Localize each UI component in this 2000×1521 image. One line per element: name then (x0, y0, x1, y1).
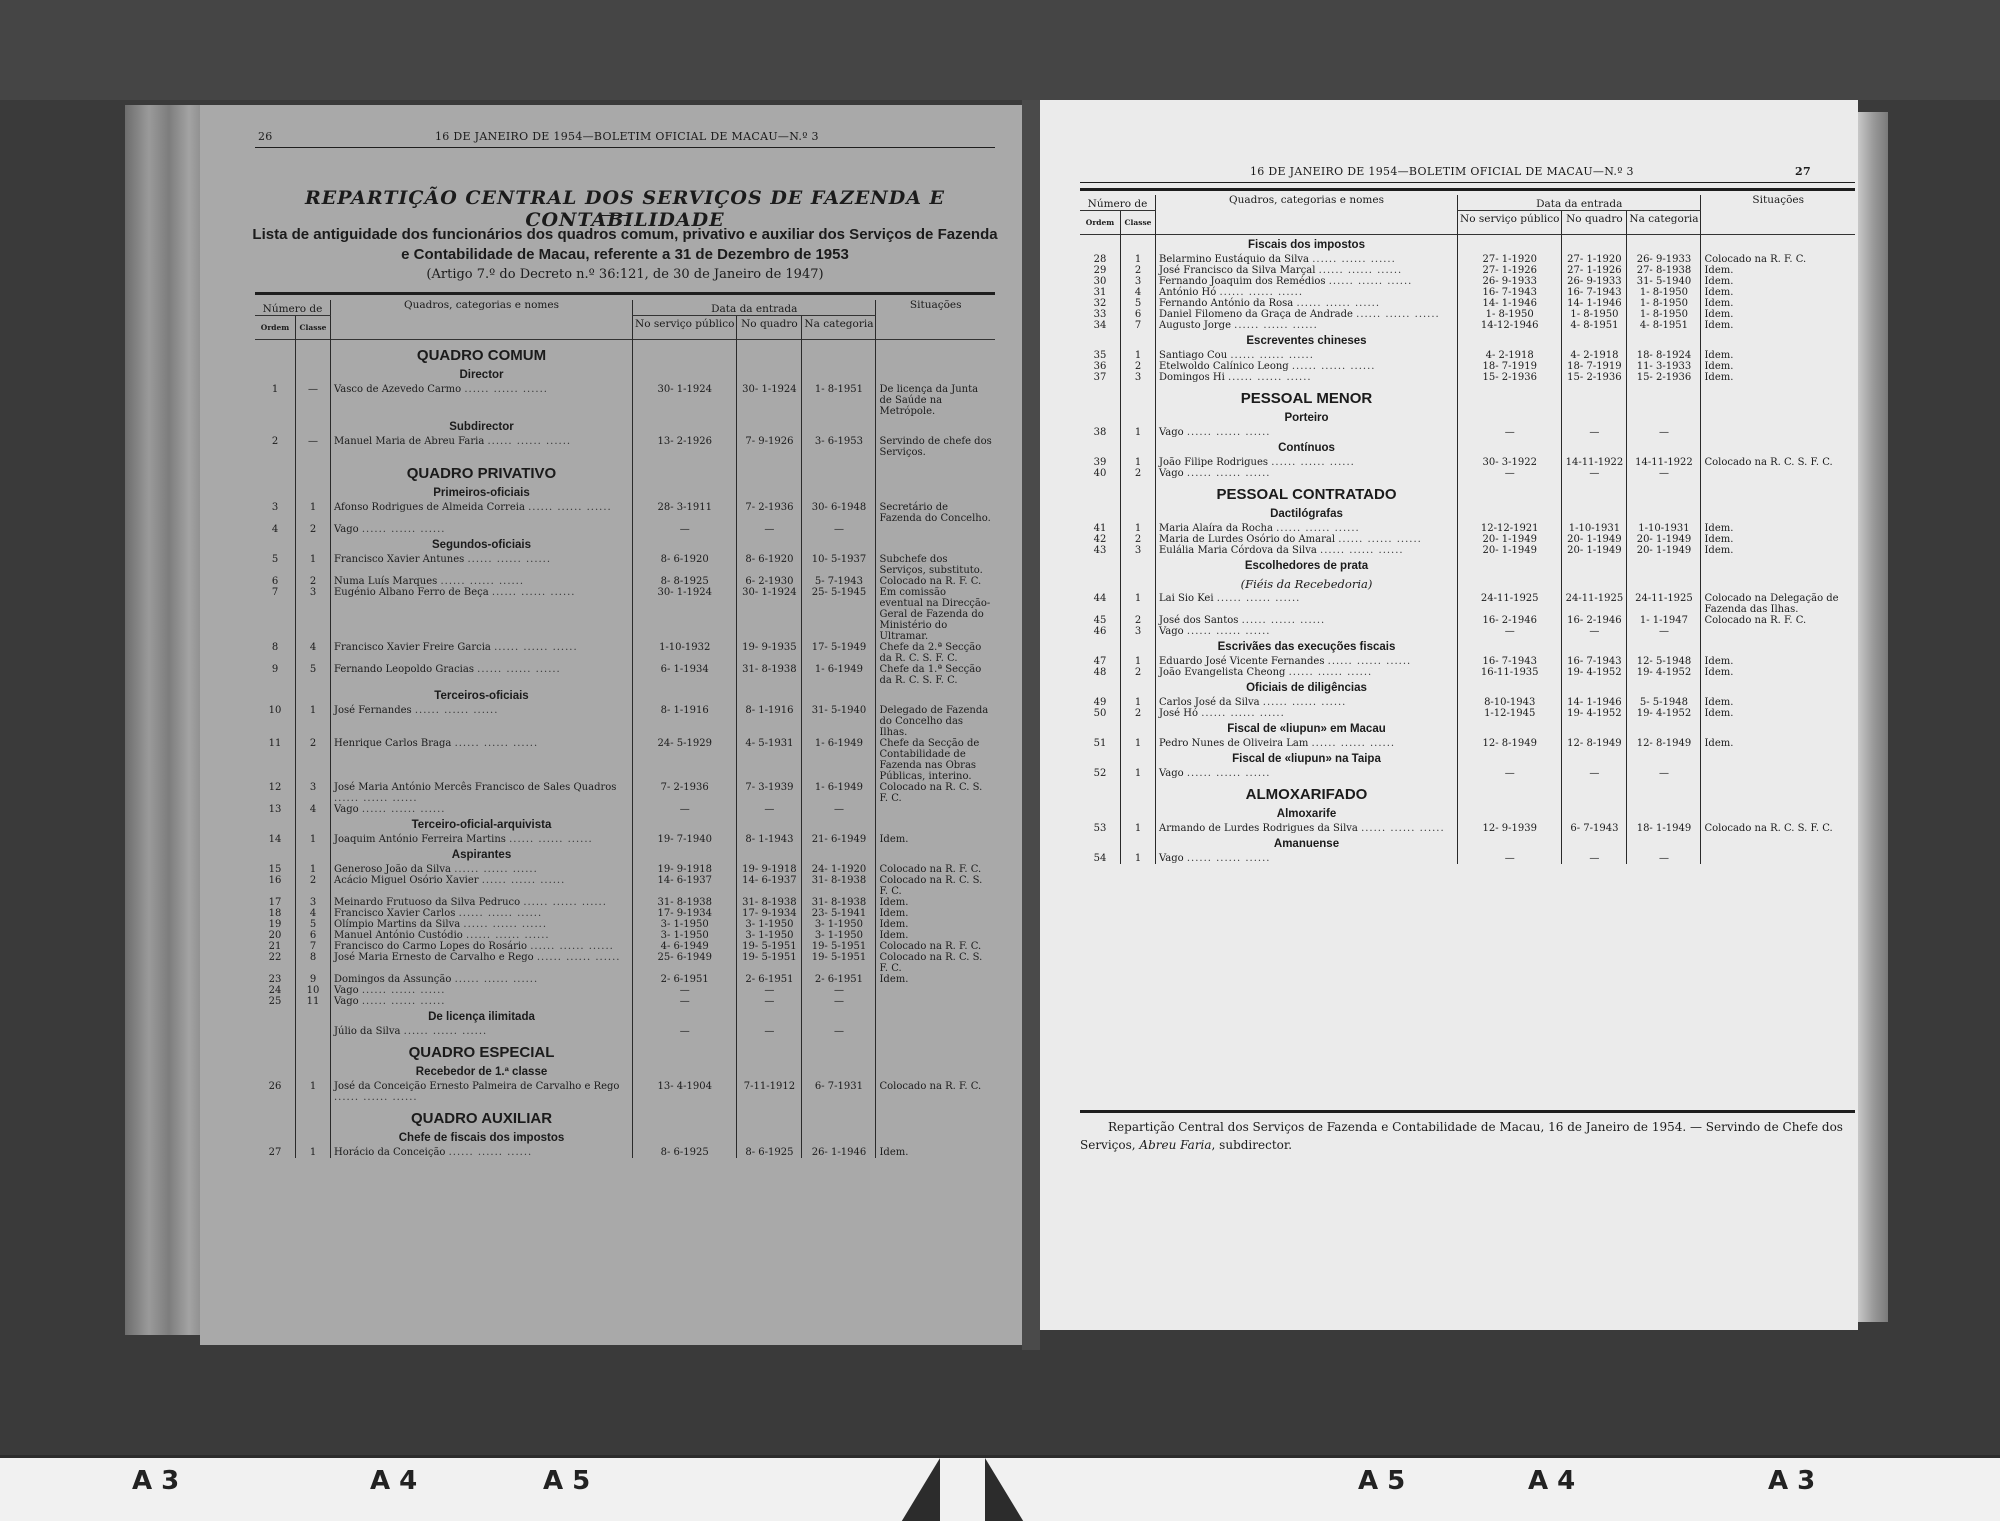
date-quadro-cell: 4- 2-1918 (1562, 350, 1627, 361)
film-alignment-triangle-right (985, 1458, 1025, 1521)
date-categoria-cell: 23- 5-1941 (802, 908, 876, 919)
employee-name: Eduardo José Vicente Fernandes (1159, 656, 1324, 667)
employee-name: Manuel António Custódio (334, 930, 463, 941)
category-heading: PESSOAL MENOR (1156, 383, 1458, 408)
situacao-cell: Idem. (1701, 545, 1855, 556)
situacao-cell: Colocado na R. F. C. (876, 576, 995, 587)
name-cell: José Francisco da Silva Marçal ...... ..… (1156, 265, 1458, 276)
date-servico-cell: 3- 1-1950 (633, 919, 737, 930)
leader-dots: ...... ...... ...... (334, 793, 418, 804)
category-heading: Fiscais dos impostos (1156, 235, 1458, 255)
date-categoria-cell: 1- 6-1949 (802, 664, 876, 686)
date-quadro-cell: 20- 1-1949 (1562, 545, 1627, 556)
date-servico-cell: — (1458, 626, 1562, 637)
category-heading: Subdirector (331, 417, 633, 436)
date-quadro-cell: 16- 2-1946 (1562, 615, 1627, 626)
table-row: 373Domingos Hi ...... ...... ......15- 2… (1080, 372, 1855, 383)
situacao-cell: Em comissão eventual na Direcção-Geral d… (876, 587, 995, 642)
date-categoria-cell: 15- 2-1936 (1627, 372, 1701, 383)
date-categoria-cell: 1- 1-1947 (1627, 615, 1701, 626)
leader-dots: ...... ...... ...... (1271, 457, 1355, 468)
leader-dots: ...... ...... ...... (494, 642, 578, 653)
ordem-cell: 13 (255, 804, 296, 815)
table-row: 521Vago ...... ...... ......——— (1080, 768, 1855, 779)
date-categoria-cell: 4- 8-1951 (1627, 320, 1701, 331)
ordem-cell: 40 (1080, 468, 1121, 479)
table-row: 123José Maria António Mercês Francisco d… (255, 782, 995, 804)
header-ordem: Ordem (255, 316, 296, 340)
name-cell: Vago ...... ...... ...... (331, 804, 633, 815)
leader-dots: ...... ...... ...... (488, 436, 572, 447)
date-servico-cell: 13- 2-1926 (633, 436, 737, 458)
book-page-stack-left (125, 105, 205, 1335)
category-heading: Fiscal de «liupun» em Macau (1156, 719, 1458, 738)
classe-cell: 2 (1121, 534, 1156, 545)
table-row: 134Vago ...... ...... ......——— (255, 804, 995, 815)
situacao-cell (876, 804, 995, 815)
situacao-cell: Colocado na R. F. C. (876, 941, 995, 952)
classe-cell: 2 (1121, 615, 1156, 626)
name-cell: Vago ...... ...... ...... (1156, 626, 1458, 637)
situacao-cell: Colocado na R. C. S. F. C. (1701, 823, 1855, 834)
category-heading-row: Fiscal de «liupun» em Macau (1080, 719, 1855, 738)
table-row: 112Henrique Carlos Braga ...... ...... .… (255, 738, 995, 782)
table-row: 42Vago ...... ...... ......——— (255, 524, 995, 535)
leader-dots: ...... ...... ...... (362, 996, 446, 1007)
ordem-cell: 23 (255, 974, 296, 985)
name-cell: Meinardo Frutuoso da Silva Pedruco .....… (331, 897, 633, 908)
ordem-cell: 34 (1080, 320, 1121, 331)
date-servico-cell: 15- 2-1936 (1458, 372, 1562, 383)
employee-name: Horácio da Conceição (334, 1147, 445, 1158)
name-cell: António Hó ...... ...... ...... (1156, 287, 1458, 298)
ordem-cell: 46 (1080, 626, 1121, 637)
date-quadro-cell: — (737, 524, 802, 535)
date-servico-cell: 25- 6-1949 (633, 952, 737, 974)
name-cell: Lai Sio Kei ...... ...... ...... (1156, 593, 1458, 615)
situacao-cell: Chefe da Secção de Contabilidade de Faze… (876, 738, 995, 782)
section-heading-row: QUADRO AUXILIAR (255, 1103, 995, 1128)
table-row: 1—Vasco de Azevedo Carmo ...... ...... .… (255, 384, 995, 417)
ordem-cell: 11 (255, 738, 296, 782)
classe-cell: 2 (1121, 708, 1156, 719)
page-number-left: 26 (258, 130, 273, 143)
header-situacoes: Situações (1701, 195, 1855, 235)
date-servico-cell: 6- 1-1934 (633, 664, 737, 686)
situacao-cell: Chefe da 1.ª Secção da R. C. S. F. C. (876, 664, 995, 686)
name-cell: José Hó ...... ...... ...... (1156, 708, 1458, 719)
employee-name: Carlos José da Silva (1159, 697, 1260, 708)
leader-dots: ...... ...... ...... (1228, 372, 1312, 383)
list-title-line1: Lista de antiguidade dos funcionários do… (240, 225, 1010, 245)
classe-cell: 11 (296, 996, 331, 1007)
classe-cell: 5 (1121, 298, 1156, 309)
situacao-cell (1701, 768, 1855, 779)
ordem-cell: 5 (255, 554, 296, 576)
employee-name: Numa Luís Marques (334, 576, 437, 587)
employee-name: Vago (334, 804, 359, 815)
section-heading-row: QUADRO COMUM (255, 340, 995, 366)
classe-cell: 8 (296, 952, 331, 974)
situacao-cell: Idem. (1701, 287, 1855, 298)
date-categoria-cell: 26- 1-1946 (802, 1147, 876, 1158)
classe-cell: 1 (296, 834, 331, 845)
right-page: 16 DE JANEIRO DE 1954—BOLETIM OFICIAL DE… (1040, 100, 1858, 1330)
category-heading-row: Terceiros-oficiais (255, 686, 995, 705)
date-quadro-cell: 26- 9-1933 (1562, 276, 1627, 287)
date-servico-cell: — (1458, 427, 1562, 438)
ordem-cell: 14 (255, 834, 296, 845)
ordem-cell: 33 (1080, 309, 1121, 320)
situacao-cell: Idem. (1701, 708, 1855, 719)
classe-cell: — (296, 384, 331, 417)
date-categoria-cell: 1- 8-1950 (1627, 287, 1701, 298)
leader-dots: ...... ...... ...... (530, 941, 614, 952)
footer-line2-suffix: , subdirector. (1212, 1138, 1293, 1152)
table-row: 206Manuel António Custódio ...... ......… (255, 930, 995, 941)
table-row: 195Olímpio Martins da Silva ...... .....… (255, 919, 995, 930)
employee-name: Vago (1159, 853, 1184, 864)
employee-name: Eulália Maria Córdova da Silva (1159, 545, 1317, 556)
name-cell: José dos Santos ...... ...... ...... (1156, 615, 1458, 626)
date-servico-cell: 20- 1-1949 (1458, 534, 1562, 545)
classe-cell: 6 (296, 930, 331, 941)
date-quadro-cell: 1- 8-1950 (1562, 309, 1627, 320)
category-heading-row: Escreventes chineses (1080, 331, 1855, 350)
date-servico-cell: 24-11-1925 (1458, 593, 1562, 615)
date-categoria-cell: — (1627, 853, 1701, 864)
classe-cell: 2 (1121, 468, 1156, 479)
date-servico-cell: 28- 3-1911 (633, 502, 737, 524)
date-quadro-cell: 31- 8-1938 (737, 664, 802, 686)
date-quadro-cell: 19- 4-1952 (1562, 708, 1627, 719)
classe-cell: 6 (1121, 309, 1156, 320)
roster-table-right: Número de Quadros, categorias e nomes Da… (1080, 195, 1855, 864)
category-heading-row: Contínuos (1080, 438, 1855, 457)
employee-name: Etelwoldo Calínico Leong (1159, 361, 1289, 372)
header-numero-de: Número de (1080, 195, 1156, 211)
table-row: 292José Francisco da Silva Marçal ......… (1080, 265, 1855, 276)
classe-cell: 2 (296, 875, 331, 897)
situacao-cell: Colocado na R. F. C. (876, 864, 995, 875)
leader-dots: ...... ...... ...... (1187, 427, 1271, 438)
ordem-cell: 16 (255, 875, 296, 897)
date-servico-cell: 30- 3-1922 (1458, 457, 1562, 468)
film-alignment-triangle-left (900, 1458, 940, 1521)
date-quadro-cell: 12- 8-1949 (1562, 738, 1627, 749)
employee-name: Domingos da Assunção (334, 974, 451, 985)
situacao-cell: Idem. (876, 897, 995, 908)
classe-cell: 3 (296, 782, 331, 804)
employee-name: José Maria António Mercês Francisco de S… (334, 782, 616, 793)
table-row: 217Francisco do Carmo Lopes do Rosário .… (255, 941, 995, 952)
ordem-cell (255, 1026, 296, 1037)
situacao-cell: Colocado na R. C. S. F. C. (876, 875, 995, 897)
leader-dots: ...... ...... ...... (1187, 468, 1271, 479)
date-categoria-cell: 19- 5-1951 (802, 941, 876, 952)
header-no-servico: No serviço público (633, 316, 737, 340)
date-servico-cell: 14- 1-1946 (1458, 298, 1562, 309)
classe-cell: — (296, 436, 331, 458)
date-servico-cell: — (1458, 853, 1562, 864)
header-classe: Classe (296, 316, 331, 340)
ordem-cell: 42 (1080, 534, 1121, 545)
situacao-cell: Idem. (876, 834, 995, 845)
table-row: 336Daniel Filomeno da Graça de Andrade .… (1080, 309, 1855, 320)
name-cell: Vago ...... ...... ...... (331, 985, 633, 996)
situacao-cell: Idem. (1701, 523, 1855, 534)
date-categoria-cell: 24- 1-1920 (802, 864, 876, 875)
date-categoria-cell: 1- 8-1951 (802, 384, 876, 417)
ordem-cell: 50 (1080, 708, 1121, 719)
category-heading: Escreventes chineses (1156, 331, 1458, 350)
situacao-cell: Colocado na R. F. C. (1701, 615, 1855, 626)
category-heading: Aspirantes (331, 845, 633, 864)
table-row: 502José Hó ...... ...... ......1-12-1945… (1080, 708, 1855, 719)
situacao-cell: Servindo de chefe dos Serviços. (876, 436, 995, 458)
category-heading-row: (Fiéis da Recebedoria) (1080, 575, 1855, 593)
date-categoria-cell: 14-11-1922 (1627, 457, 1701, 468)
title-divider (600, 215, 630, 216)
employee-name: Fernando Joaquim dos Remédios (1159, 276, 1326, 287)
date-servico-cell: — (1458, 468, 1562, 479)
classe-cell: 10 (296, 985, 331, 996)
employee-name: Francisco Xavier Carlos (334, 908, 455, 919)
employee-name: Fernando Leopoldo Gracias (334, 664, 474, 675)
employee-name: Joaquim António Ferreira Martins (334, 834, 506, 845)
category-heading-row: Director (255, 365, 995, 384)
table-row: 281Belarmino Eustáquio da Silva ...... .… (1080, 254, 1855, 265)
table-row: 151Generoso João da Silva ...... ...... … (255, 864, 995, 875)
date-servico-cell: 27- 1-1920 (1458, 254, 1562, 265)
leader-dots: ...... ...... ...... (523, 897, 607, 908)
classe-cell: 1 (1121, 593, 1156, 615)
header-ordem: Ordem (1080, 211, 1121, 235)
employee-name: Meinardo Frutuoso da Silva Pedruco (334, 897, 520, 908)
classe-cell: 1 (296, 1147, 331, 1158)
date-categoria-cell: 2- 6-1951 (802, 974, 876, 985)
name-cell: José Fernandes ...... ...... ...... (331, 705, 633, 738)
date-categoria-cell: 3- 1-1950 (802, 930, 876, 941)
header-na-categoria: Na categoria (1627, 211, 1701, 235)
table-row: 162Acácio Miguel Osório Xavier ...... ..… (255, 875, 995, 897)
classe-cell: 1 (296, 502, 331, 524)
running-head-left: 16 DE JANEIRO DE 1954—BOLETIM OFICIAL DE… (435, 130, 819, 143)
leader-dots: ...... ...... ...... (1201, 708, 1285, 719)
date-quadro-cell: 7- 3-1939 (737, 782, 802, 804)
table-row: 411Maria Alaíra da Rocha ...... ...... .… (1080, 523, 1855, 534)
leader-dots: ...... ...... ...... (463, 919, 547, 930)
leader-dots: ...... ...... ...... (454, 864, 538, 875)
category-heading-row: Fiscais dos impostos (1080, 235, 1855, 255)
name-cell: João Evangelista Cheong ...... ...... ..… (1156, 667, 1458, 678)
classe-cell: 1 (1121, 738, 1156, 749)
date-servico-cell: 14-12-1946 (1458, 320, 1562, 331)
date-categoria-cell: 20- 1-1949 (1627, 545, 1701, 556)
ordem-cell: 27 (255, 1147, 296, 1158)
situacao-cell: Idem. (1701, 350, 1855, 361)
header-na-categoria: Na categoria (802, 316, 876, 340)
date-categoria-cell: 26- 9-1933 (1627, 254, 1701, 265)
category-heading-row: Amanuense (1080, 834, 1855, 853)
date-quadro-cell: — (737, 996, 802, 1007)
employee-name: José Francisco da Silva Marçal (1159, 265, 1315, 276)
situacao-cell (876, 524, 995, 535)
leader-dots: ...... ...... ...... (362, 985, 446, 996)
footer-line2-prefix: Serviços, (1080, 1138, 1139, 1152)
category-heading-row: Oficiais de diligências (1080, 678, 1855, 697)
situacao-cell: Idem. (876, 1147, 995, 1158)
name-cell: Augusto Jorge ...... ...... ...... (1156, 320, 1458, 331)
date-quadro-cell: 30- 1-1924 (737, 587, 802, 642)
employee-name: Daniel Filomeno da Graça de Andrade (1159, 309, 1353, 320)
employee-name: João Evangelista Cheong (1159, 667, 1285, 678)
category-heading: QUADRO PRIVATIVO (331, 458, 633, 483)
classe-cell: 2 (296, 524, 331, 535)
category-heading-row: Terceiro-oficial-arquivista (255, 815, 995, 834)
date-servico-cell: 4- 2-1918 (1458, 350, 1562, 361)
table-row: 463Vago ...... ...... ......——— (1080, 626, 1855, 637)
date-servico-cell: 17- 9-1934 (633, 908, 737, 919)
date-categoria-cell: 31- 5-1940 (802, 705, 876, 738)
date-quadro-cell: — (1562, 427, 1627, 438)
leader-dots: ...... ...... ...... (477, 664, 561, 675)
date-servico-cell: 7- 2-1936 (633, 782, 737, 804)
date-quadro-cell: 18- 7-1919 (1562, 361, 1627, 372)
classe-cell: 3 (1121, 276, 1156, 287)
classe-cell: 2 (296, 738, 331, 782)
employee-name: Vago (1159, 626, 1184, 637)
classe-cell: 3 (1121, 545, 1156, 556)
leader-dots: ...... ...... ...... (1187, 626, 1271, 637)
employee-name: José dos Santos (1159, 615, 1238, 626)
date-servico-cell: 26- 9-1933 (1458, 276, 1562, 287)
roster-body-left: QUADRO COMUMDirector1—Vasco de Azevedo C… (255, 340, 995, 1159)
table-row: 62Numa Luís Marques ...... ...... ......… (255, 576, 995, 587)
header-no-servico: No serviço público (1458, 211, 1562, 235)
name-cell: Domingos da Assunção ...... ...... .....… (331, 974, 633, 985)
category-heading-row: De licença ilimitada (255, 1007, 995, 1026)
category-heading: (Fiéis da Recebedoria) (1156, 575, 1458, 593)
classe-cell: 1 (296, 864, 331, 875)
employee-name: João Filipe Rodrigues (1159, 457, 1268, 468)
table-row: 2410Vago ...... ...... ......——— (255, 985, 995, 996)
situacao-cell (1701, 626, 1855, 637)
situacao-cell (876, 996, 995, 1007)
leader-dots: ...... ...... ...... (537, 952, 621, 963)
table-row: 482João Evangelista Cheong ...... ......… (1080, 667, 1855, 678)
classe-cell: 4 (296, 908, 331, 919)
situacao-cell: Idem. (1701, 372, 1855, 383)
ordem-cell: 52 (1080, 768, 1121, 779)
employee-name: Francisco do Carmo Lopes do Rosário (334, 941, 527, 952)
ordem-cell: 49 (1080, 697, 1121, 708)
date-quadro-cell: 8- 1-1916 (737, 705, 802, 738)
ordem-cell: 1 (255, 384, 296, 417)
name-cell: Generoso João da Silva ...... ...... ...… (331, 864, 633, 875)
ordem-cell: 18 (255, 908, 296, 919)
date-categoria-cell: 3- 1-1950 (802, 919, 876, 930)
classe-cell: 3 (1121, 626, 1156, 637)
table-row: 271Horácio da Conceição ...... ...... ..… (255, 1147, 995, 1158)
category-heading: De licença ilimitada (331, 1007, 633, 1026)
leader-dots: ...... ...... ...... (509, 834, 593, 845)
name-cell: Francisco Xavier Freire Garcia ...... ..… (331, 642, 633, 664)
name-cell: Henrique Carlos Braga ...... ...... ....… (331, 738, 633, 782)
employee-name: Pedro Nunes de Oliveira Lam (1159, 738, 1308, 749)
date-quadro-cell: 7-11-1912 (737, 1081, 802, 1103)
name-cell: Vago ...... ...... ...... (331, 524, 633, 535)
category-heading: Terceiro-oficial-arquivista (331, 815, 633, 834)
situacao-cell (1701, 853, 1855, 864)
name-cell: Armando de Lurdes Rodrigues da Silva ...… (1156, 823, 1458, 834)
situacao-cell: Idem. (876, 930, 995, 941)
date-quadro-cell: 14- 1-1946 (1562, 298, 1627, 309)
date-quadro-cell: 19- 5-1951 (737, 941, 802, 952)
name-cell: Vago ...... ...... ...... (1156, 853, 1458, 864)
ordem-cell: 32 (1080, 298, 1121, 309)
table-row: 314António Hó ...... ...... ......16- 7-… (1080, 287, 1855, 298)
date-quadro-cell: 2- 6-1951 (737, 974, 802, 985)
date-servico-cell: 14- 6-1937 (633, 875, 737, 897)
date-categoria-cell: 19- 4-1952 (1627, 667, 1701, 678)
date-categoria-cell: 10- 5-1937 (802, 554, 876, 576)
page-number-right: 27 (1795, 165, 1811, 178)
date-categoria-cell: 1- 6-1949 (802, 782, 876, 804)
roster-table-left: Número de Quadros, categorias e nomes Da… (255, 300, 995, 1158)
header-quadros: Quadros, categorias e nomes (331, 300, 633, 340)
table-row: 239Domingos da Assunção ...... ...... ..… (255, 974, 995, 985)
left-page: 26 16 DE JANEIRO DE 1954—BOLETIM OFICIAL… (200, 105, 1022, 1345)
leader-dots: ...... ...... ...... (1217, 593, 1301, 604)
classe-cell: 4 (296, 642, 331, 664)
date-categoria-cell: 1-10-1931 (1627, 523, 1701, 534)
situacao-cell (876, 1026, 995, 1037)
ordem-cell: 4 (255, 524, 296, 535)
employee-name: Generoso João da Silva (334, 864, 451, 875)
employee-name: Fernando António da Rosa (1159, 298, 1293, 309)
classe-cell: 1 (1121, 523, 1156, 534)
classe-cell: 2 (1121, 361, 1156, 372)
table-row: 491Carlos José da Silva ...... ...... ..… (1080, 697, 1855, 708)
employee-name: Vago (334, 996, 359, 1007)
category-heading: Escrivães das execuções fiscais (1156, 637, 1458, 656)
category-heading: Chefe de fiscais dos impostos (331, 1128, 633, 1147)
leader-dots: ...... ...... ...... (467, 554, 551, 565)
section-heading-row: ALMOXARIFADO (1080, 779, 1855, 804)
employee-name: Vago (1159, 768, 1184, 779)
leader-dots: ...... ...... ...... (1219, 287, 1303, 298)
leader-dots: ...... ...... ...... (1320, 545, 1404, 556)
header-data-entrada: Data da entrada (1458, 195, 1701, 211)
date-quadro-cell: 8- 6-1925 (737, 1147, 802, 1158)
date-quadro-cell: 4- 5-1931 (737, 738, 802, 782)
classe-cell: 1 (1121, 823, 1156, 834)
situacao-cell: Idem. (1701, 276, 1855, 287)
situacao-cell: Idem. (1701, 309, 1855, 320)
employee-name: Armando de Lurdes Rodrigues da Silva (1159, 823, 1358, 834)
leader-dots: ...... ...... ...... (455, 738, 539, 749)
category-heading: Escolhedores de prata (1156, 556, 1458, 575)
film-strip-margin: A 3 A 4 A 5 A 5 A 4 A 3 (0, 1455, 2000, 1521)
date-quadro-cell: 6- 7-1943 (1562, 823, 1627, 834)
date-quadro-cell: 27- 1-1920 (1562, 254, 1627, 265)
classe-cell: 1 (1121, 350, 1156, 361)
category-heading-row: Subdirector (255, 417, 995, 436)
date-categoria-cell: 31- 8-1938 (802, 875, 876, 897)
ordem-cell: 31 (1080, 287, 1121, 298)
ordem-cell: 53 (1080, 823, 1121, 834)
